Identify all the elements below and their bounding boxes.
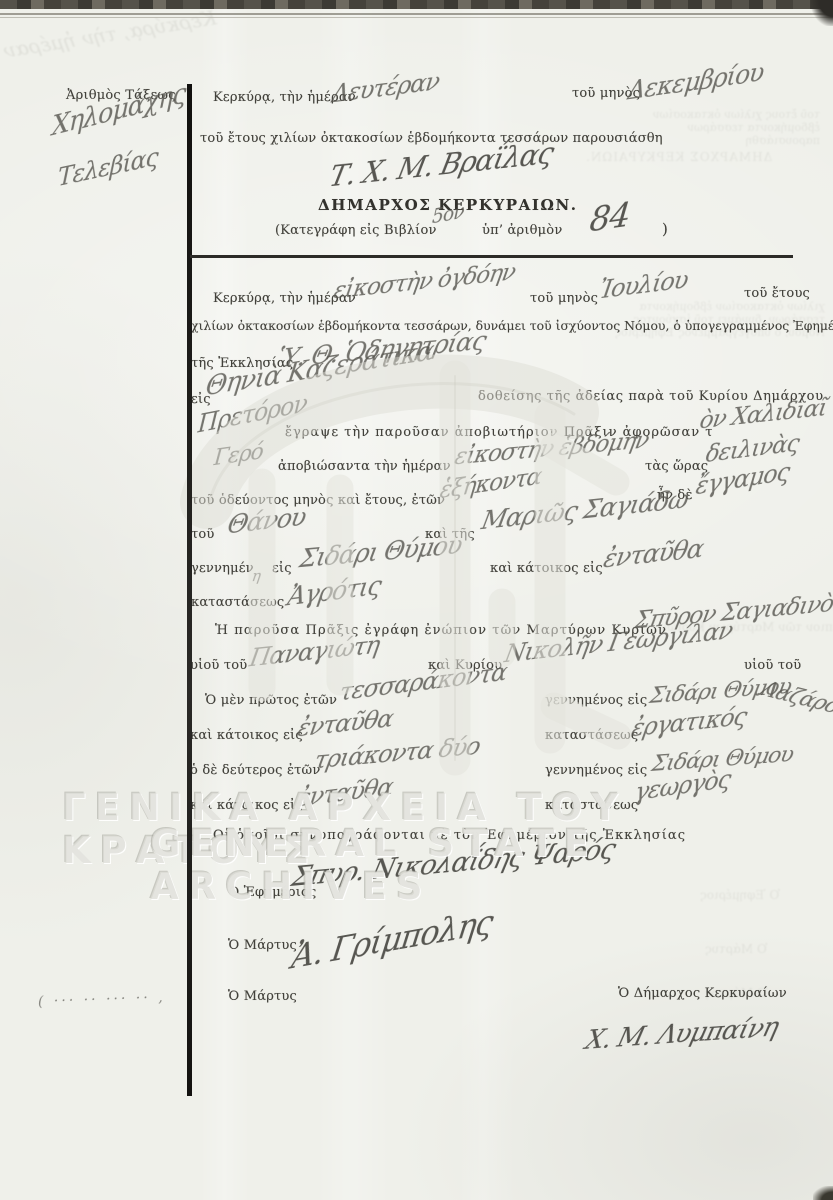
father-label: τοῦ	[191, 527, 215, 542]
act-day-handwriting: εἰκοστὴν ὀγδόην	[332, 259, 518, 305]
witness1-age-handwriting: τεσσαράκοντα	[338, 657, 509, 706]
scan-top-torn-edge	[0, 0, 833, 9]
scanned-burial-record: { "watermark": { "line1": "ΓΕΝΙΚΑ ΑΡΧΕΙΑ…	[0, 0, 833, 1200]
mayor-signature-handwriting: Χ. Μ. Λυμπαίνη	[582, 1012, 781, 1056]
bleedthrough-priest-right: Ὁ Ἐφημέριος	[700, 888, 780, 902]
header-year-line: τοῦ ἔτους χιλίων ὀκτακοσίων ἑβδομήκοντα …	[200, 131, 663, 146]
header-month-handwriting: Δεκεμβρίου	[626, 57, 765, 106]
born-label: γεννημέν	[191, 561, 254, 576]
witness2-born-label: γεννημένος εἰς	[545, 763, 647, 778]
witness-label-1: Ὁ Μάρτυς	[228, 938, 297, 953]
witness1-status-label: καταστάσεως	[545, 728, 638, 743]
witness-label-2: Ὁ Μάρτυς	[228, 989, 297, 1004]
scan-corner-shadow-bottom-right	[813, 1186, 833, 1200]
witness2-resident-label: καὶ κάτοικος εἰς	[190, 798, 303, 813]
birthplace-handwriting: Σιδάρι Θύμου	[297, 530, 464, 574]
scan-corner-shadow-top-right	[811, 0, 833, 26]
born-gender-suffix-handwriting: η	[251, 566, 262, 585]
residence-handwriting: ἐνταῦθα	[601, 533, 705, 573]
died-day-label: ἀποβιώσαντα τὴν ἡμέραν	[278, 459, 451, 474]
born-at-label: εἰς	[272, 561, 292, 576]
witness2-status-label: καταστάσεως	[545, 798, 638, 813]
witness1-son-of-label: υἱοῦ τοῦ	[190, 658, 247, 673]
register-book-label: (Κατεγράφη εἰς Βιβλίον	[275, 223, 437, 238]
bleedthrough-header-right: ΔΗΜΑΡΧΟΣ ΚΕΡΚΥΡΑΙΩΝ.	[585, 150, 772, 164]
second-witness-age-label: ὁ δὲ δεύτερος ἐτῶν	[190, 763, 320, 778]
current-month-age-label: τοῦ ὁδεύοντος μηνὸς καὶ ἔτους, ἐτῶν	[191, 493, 445, 508]
bleedthrough-martys-right: Ὁ Μάρτυς	[705, 942, 767, 956]
register-close-paren: )	[662, 220, 668, 238]
status-label: καταστάσεως	[191, 595, 284, 610]
form-horizontal-rule	[190, 255, 793, 258]
witness1-born-label: γεννημένος εἰς	[545, 693, 647, 708]
witness-signature-handwriting: Ἀ. Γρίμπολης	[289, 902, 495, 977]
witness1-residence-handwriting: ἐνταῦθα	[295, 704, 395, 743]
first-witness-age-label: Ὁ μὲν πρῶτος ἐτῶν	[205, 693, 337, 708]
act-year-label: τοῦ ἔτους	[744, 286, 810, 301]
record-number-handwriting: 84	[588, 194, 632, 240]
page-top-edge-line	[0, 13, 833, 15]
act-year-law-line: χιλίων ὀκτακοσίων ἑβδομήκοντα τεσσάρων, …	[191, 318, 833, 333]
margin-dots-note-handwriting: ( ··· ·· ··· ·· ,	[38, 990, 166, 1010]
book-number-handwriting: 5ον	[432, 200, 464, 228]
form-vertical-rule	[187, 84, 192, 1096]
mayor-closing-label: Ὁ Δήμαρχος Κερκυραίων	[618, 986, 787, 1001]
witness2-son-of-label: υἱοῦ τοῦ	[744, 658, 801, 673]
witness2-residence-handwriting: ἐνταῦθα	[296, 772, 395, 812]
witness2-status-handwriting: γεωργὸς	[633, 764, 732, 806]
status-handwriting: Ἀγρότις	[286, 570, 383, 611]
witness1-resident-label: καὶ κάτοικος εἰς	[190, 728, 303, 743]
act-month-label: τοῦ μηνὸς	[530, 291, 598, 306]
header-day-handwriting: Δευτέραν	[330, 67, 441, 109]
parish-line3-handwriting: Γερό	[213, 439, 264, 471]
resident-label: καὶ κάτοικος εἰς	[490, 561, 603, 576]
register-number-label: ὑπ’ ἀριθμὸν	[482, 223, 562, 238]
act-month-handwriting: Ἰουλίου	[598, 265, 690, 305]
page-top-edge-line-2	[0, 17, 833, 18]
margin-note-2-handwriting: Τελεβίας	[57, 142, 158, 192]
